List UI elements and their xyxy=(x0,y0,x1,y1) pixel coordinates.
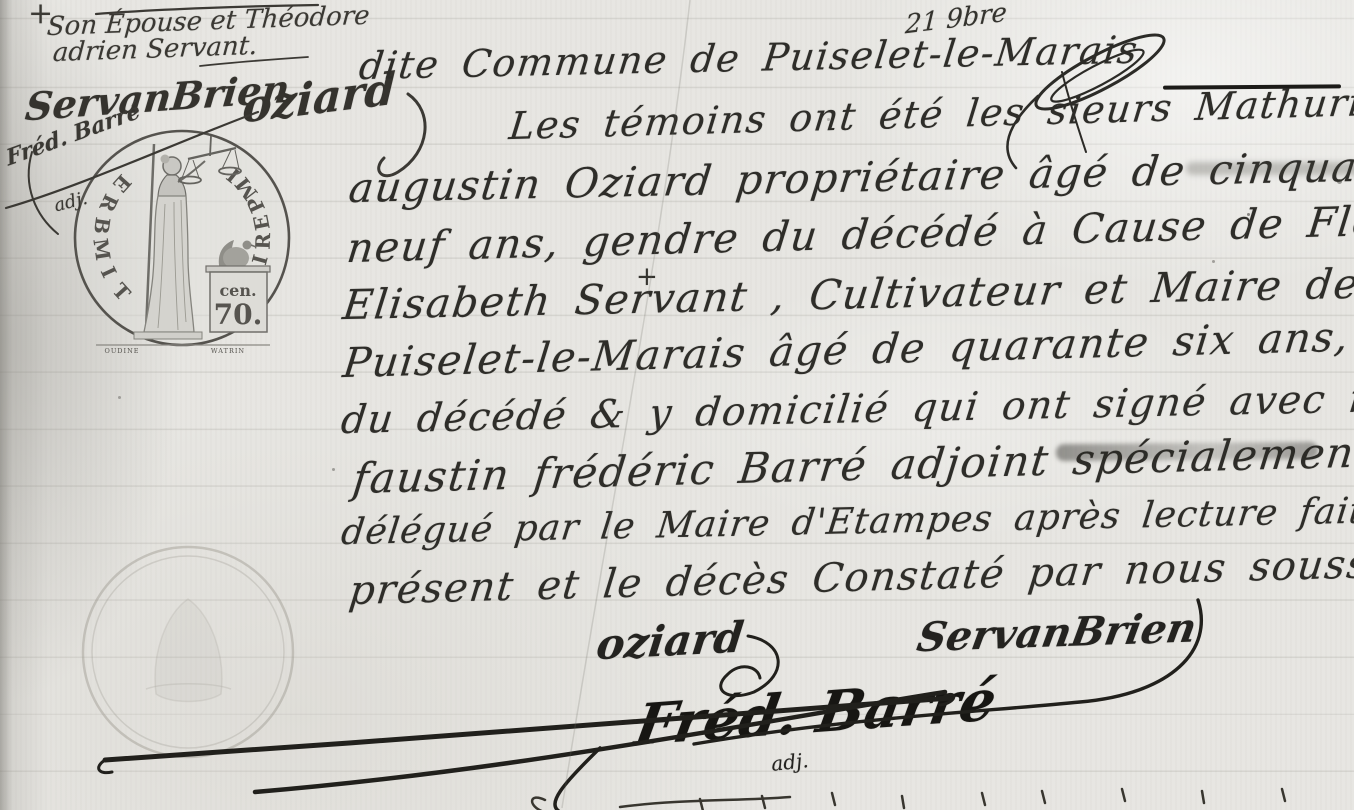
cutoff-word-stroke-1 xyxy=(620,797,790,807)
stamp-pedestal: cen. 70. xyxy=(206,266,270,332)
body-line-1: dite Commune de Puiselet-le-Marais xyxy=(357,28,1141,88)
stamp-figure-base xyxy=(134,332,202,339)
stamp-engraver-left: OUDINE xyxy=(104,347,139,355)
cross-over-servant: + xyxy=(636,262,658,292)
stamp-arc-letter: R xyxy=(251,232,276,250)
timbre-imperial-stamp: TIMBRE IMPERIAL. xyxy=(70,124,296,358)
barre-descender-loop xyxy=(555,748,600,810)
document-scan: TIMBRE IMPERIAL. xyxy=(0,0,1354,810)
ink-smudge-2 xyxy=(1186,162,1354,175)
margin-note-line-2: adrien Servant. xyxy=(52,31,259,68)
ink-smudge-1 xyxy=(1056,442,1318,461)
body-line-2: Les témoins ont été les sieurs Mathurin xyxy=(507,79,1354,148)
cutoff-capital-d xyxy=(532,798,545,810)
embossed-eagle-figure xyxy=(155,599,222,702)
embossed-seal xyxy=(76,544,302,764)
stamp-figure-hair xyxy=(161,155,170,164)
stamp-arc-letter: M xyxy=(88,237,115,263)
margin-barre-tail-stroke xyxy=(29,152,58,234)
signature-servanbrien: ServanBrien xyxy=(914,604,1200,661)
paper-speckles xyxy=(1247,213,1250,216)
stamp-pedestal-cap xyxy=(206,266,270,272)
signature-fred-barre-suffix: adj. xyxy=(770,748,810,776)
stamp-engraver-right: WATRIN xyxy=(211,347,245,355)
signature-oziard: oziard xyxy=(594,612,746,669)
cutoff-letter-tops-2 xyxy=(1042,789,1285,803)
stamp-arc-letter: B xyxy=(89,216,115,237)
signature-fred-barre: Fréd. Barré xyxy=(630,667,1001,759)
cutoff-next-line-strokes xyxy=(532,789,1285,810)
stamp-denomination-value: 70. xyxy=(214,298,263,331)
stamp-eagle-head xyxy=(243,241,252,250)
cutoff-letter-tops-1 xyxy=(700,793,985,810)
